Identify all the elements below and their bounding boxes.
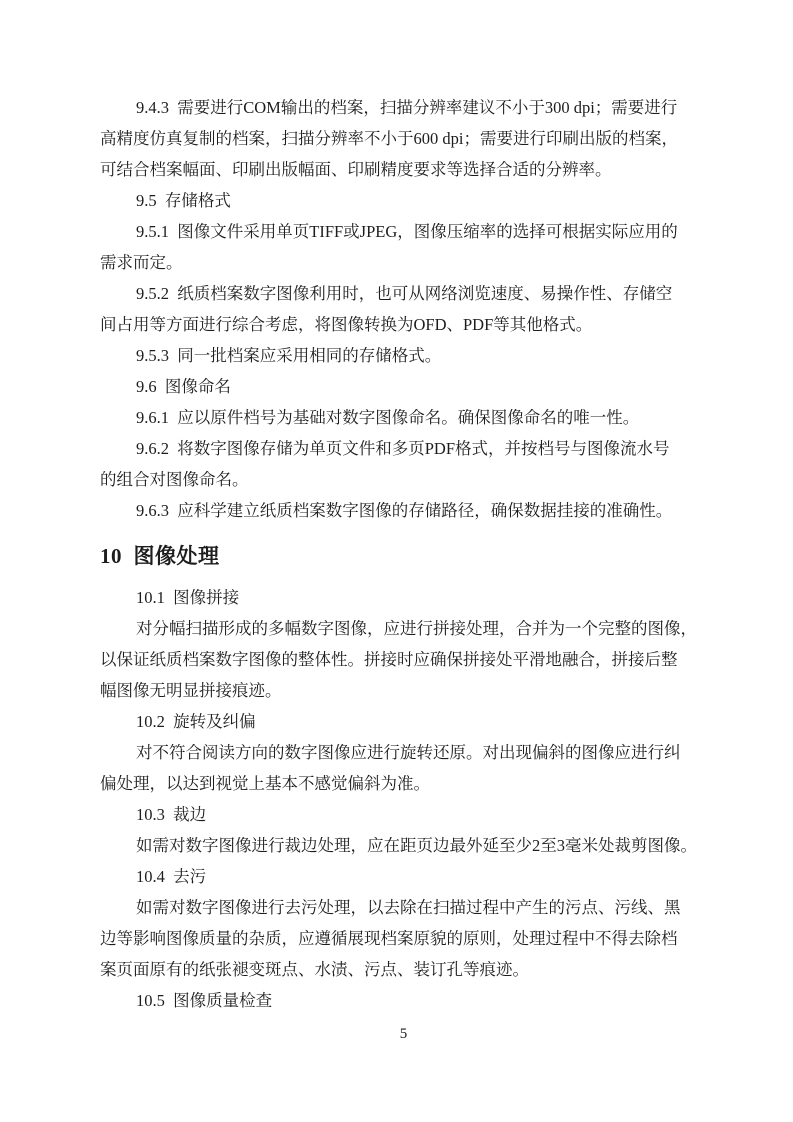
clause-line: 9.6.2 将数字图像存储为单页文件和多页PDF格式，并按档号与图像流水号	[100, 433, 707, 464]
document-page: 9.4.3 需要进行COM输出的档案，扫描分辨率建议不小于300 dpi；需要进…	[0, 0, 793, 1122]
text-line: 间占用等方面进行综合考虑，将图像转换为OFD、PDF等其他格式。	[100, 309, 707, 340]
clause-line: 9.6.3 应科学建立纸质档案数字图像的存储路径，确保数据挂接的准确性。	[100, 495, 707, 526]
clause-line: 9.6 图像命名	[100, 371, 707, 402]
text-line: 边等影响图像质量的杂质，应遵循展现档案原貌的原则，处理过程中不得去除档	[100, 923, 707, 954]
clause-line: 9.4.3 需要进行COM输出的档案，扫描分辨率建议不小于300 dpi；需要进…	[100, 92, 707, 123]
clause-line: 10.1 图像拼接	[100, 582, 707, 613]
clause-line: 10.4 去污	[100, 861, 707, 892]
clause-line: 10.2 旋转及纠偏	[100, 706, 707, 737]
clause-line: 9.5.2 纸质档案数字图像利用时，也可从网络浏览速度、易操作性、存储空	[100, 278, 707, 309]
paragraph-line: 对分幅扫描形成的多幅数字图像，应进行拼接处理，合并为一个完整的图像，	[100, 613, 707, 644]
paragraph-line: 如需对数字图像进行去污处理，以去除在扫描过程中产生的污点、污线、黑	[100, 892, 707, 923]
text-line: 案页面原有的纸张褪变斑点、水渍、污点、装订孔等痕迹。	[100, 954, 707, 985]
clause-line: 9.5 存储格式	[100, 185, 707, 216]
text-line: 偏处理，以达到视觉上基本不感觉偏斜为准。	[100, 768, 707, 799]
page-number: 5	[100, 1025, 707, 1043]
clause-line: 10.5 图像质量检查	[100, 985, 707, 1016]
text-line: 可结合档案幅面、印刷出版幅面、印刷精度要求等选择合适的分辨率。	[100, 154, 707, 185]
clause-line: 9.6.1 应以原件档号为基础对数字图像命名。确保图像命名的唯一性。	[100, 402, 707, 433]
paragraph-line: 如需对数字图像进行裁边处理，应在距页边最外延至少2至3毫米处裁剪图像。	[100, 830, 707, 861]
paragraph-line: 对不符合阅读方向的数字图像应进行旋转还原。对出现偏斜的图像应进行纠	[100, 737, 707, 768]
text-line: 以保证纸质档案数字图像的整体性。拼接时应确保拼接处平滑地融合，拼接后整	[100, 644, 707, 675]
clause-line: 10.3 裁边	[100, 799, 707, 830]
clause-line: 9.5.1 图像文件采用单页TIFF或JPEG，图像压缩率的选择可根据实际应用的	[100, 216, 707, 247]
text-line: 高精度仿真复制的档案，扫描分辨率不小于600 dpi；需要进行印刷出版的档案，	[100, 123, 707, 154]
text-line: 的组合对图像命名。	[100, 464, 707, 495]
text-line: 幅图像无明显拼接痕迹。	[100, 675, 707, 706]
document-body: 9.4.3 需要进行COM输出的档案，扫描分辨率建议不小于300 dpi；需要进…	[100, 92, 707, 1016]
text-line: 需求而定。	[100, 247, 707, 278]
chapter-heading: 10 图像处理	[100, 540, 707, 573]
clause-line: 9.5.3 同一批档案应采用相同的存储格式。	[100, 340, 707, 371]
